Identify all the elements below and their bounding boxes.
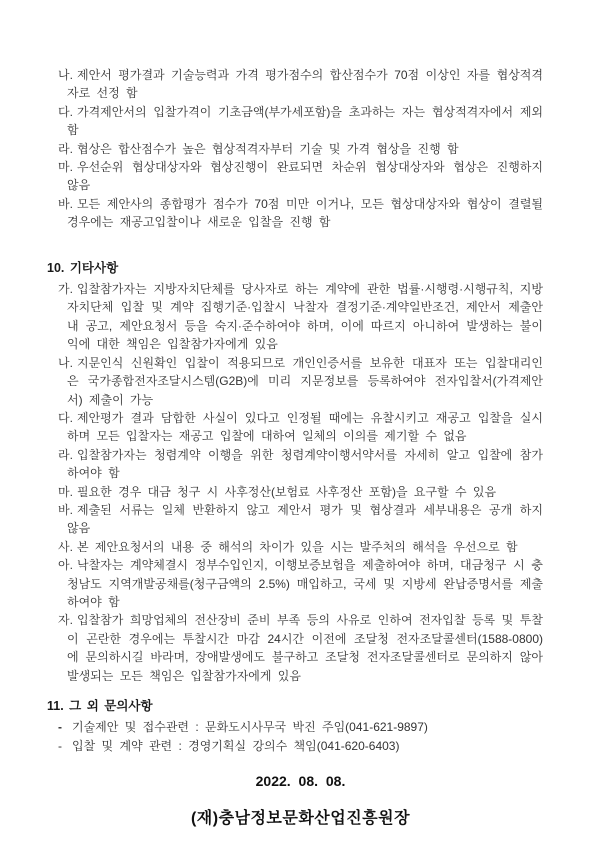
list-item: 나. 제안서 평가결과 기술능력과 가격 평가점수의 합산점수가 70점 이상인… [58, 66, 543, 103]
list-item: 사. 본 제안요청서의 내용 중 해석의 차이가 있을 시는 발주처의 해석을 … [58, 538, 543, 556]
contact-text: 입찰 및 계약 관련 : 경영기획실 강의수 책임(041-620-6403) [72, 739, 399, 753]
item-marker: 나. [58, 66, 73, 84]
list-item: 바. 모든 제안사의 종합평가 점수가 70점 미만 이거나, 모든 협상대상자… [58, 195, 543, 232]
list-item: 다. 제안평가 결과 담합한 사실이 있다고 인정될 때에는 유찰시키고 재공고… [58, 409, 543, 446]
item-marker: 라. [58, 140, 73, 158]
item-text: 본 제안요청서의 내용 중 해석의 차이가 있을 시는 발주처의 해석을 우선으… [77, 540, 518, 554]
item-marker: 바. [58, 195, 73, 213]
item-marker: 마. [58, 158, 73, 176]
list-item: 마. 우선순위 협상대상자와 협상진행이 완료되면 차순위 협상대상자와 협상은… [58, 158, 543, 195]
issuer-signature: (재)충남정보문화산업진흥원장 [58, 809, 543, 829]
list-item: 아. 낙찰자는 계약체결시 정부수입인지, 이행보증보험을 제출하여야 하며, … [58, 556, 543, 611]
contact-item: - 입찰 및 계약 관련 : 경영기획실 강의수 책임(041-620-6403… [58, 737, 543, 755]
item-marker: 다. [58, 409, 73, 427]
item-text: 필요한 경우 대금 청구 시 사후정산(보험료 사후정산 포함)을 요구할 수 … [77, 485, 496, 499]
item-marker: 아. [58, 556, 73, 574]
document-date: 2022. 08. 08. [58, 772, 543, 790]
list-item: 바. 제출된 서류는 일체 반환하지 않고 제안서 평가 및 협상결과 세부내용… [58, 501, 543, 538]
list-item: 나. 지문인식 신원확인 입찰이 적용되므로 개인인증서를 보유한 대표자 또는… [58, 354, 543, 409]
list-item: 가. 입찰참가자는 지방자치단체를 당사자로 하는 계약에 관한 법률·시행령·… [58, 280, 543, 354]
item-text: 가격제안서의 입찰가격이 기초금액(부가세포함)을 초과하는 자는 협상적격자에… [67, 105, 543, 137]
list-item: 다. 가격제안서의 입찰가격이 기초금액(부가세포함)을 초과하는 자는 협상적… [58, 103, 543, 140]
item-text: 협상은 합산점수가 높은 협상적격자부터 기술 및 가격 협상을 진행 함 [77, 142, 459, 156]
item-text: 제안평가 결과 담합한 사실이 있다고 인정될 때에는 유찰시키고 재공고 입찰… [67, 411, 543, 443]
item-marker: 자. [58, 611, 73, 629]
document-page: 나. 제안서 평가결과 기술능력과 가격 평가점수의 합산점수가 70점 이상인… [0, 0, 595, 841]
section-11-item-block: - 기술제안 및 접수관련 : 문화도시사무국 박진 주임(041-621-98… [58, 718, 543, 755]
list-item: 라. 협상은 합산점수가 높은 협상적격자부터 기술 및 가격 협상을 진행 함 [58, 140, 543, 158]
item-text: 우선순위 협상대상자와 협상진행이 완료되면 차순위 협상대상자와 협상은 진행… [67, 160, 543, 192]
dash-marker: - [58, 737, 62, 755]
item-marker: 라. [58, 446, 73, 464]
list-item: 자. 입찰참가 희망업체의 전산장비 준비 부족 등의 사유로 인하여 전자입찰… [58, 611, 543, 685]
item-marker: 가. [58, 280, 73, 298]
item-text: 입찰참가 희망업체의 전산장비 준비 부족 등의 사유로 인하여 전자입찰 등록… [67, 613, 543, 682]
item-marker: 바. [58, 501, 73, 519]
contact-item: - 기술제안 및 접수관련 : 문화도시사무국 박진 주임(041-621-98… [58, 718, 543, 736]
top-item-block: 나. 제안서 평가결과 기술능력과 가격 평가점수의 합산점수가 70점 이상인… [58, 66, 543, 232]
dash-marker: - [58, 718, 62, 736]
section-10-heading: 10. 기타사항 [47, 259, 543, 277]
list-item: 라. 입찰참가자는 청렴계약 이행을 위한 청렴계약이행서약서를 자세히 알고 … [58, 446, 543, 483]
item-text: 제안서 평가결과 기술능력과 가격 평가점수의 합산점수가 70점 이상인 자를… [67, 68, 543, 100]
item-text: 입찰참가자는 청렴계약 이행을 위한 청렴계약이행서약서를 자세히 알고 입찰에… [67, 448, 543, 480]
contact-text: 기술제안 및 접수관련 : 문화도시사무국 박진 주임(041-621-9897… [72, 720, 428, 734]
item-marker: 나. [58, 354, 73, 372]
section-10-item-block: 가. 입찰참가자는 지방자치단체를 당사자로 하는 계약에 관한 법률·시행령·… [58, 280, 543, 685]
item-text: 낙찰자는 계약체결시 정부수입인지, 이행보증보험을 제출하여야 하며, 대금청… [67, 558, 543, 609]
item-marker: 마. [58, 483, 73, 501]
list-item: 마. 필요한 경우 대금 청구 시 사후정산(보험료 사후정산 포함)을 요구할… [58, 483, 543, 501]
item-marker: 다. [58, 103, 73, 121]
item-marker: 사. [58, 538, 73, 556]
section-11-heading: 11. 그 외 문의사항 [47, 697, 543, 715]
item-text: 모든 제안사의 종합평가 점수가 70점 미만 이거나, 모든 협상대상자와 협… [67, 197, 543, 229]
item-text: 지문인식 신원확인 입찰이 적용되므로 개인인증서를 보유한 대표자 또는 입찰… [67, 356, 543, 407]
item-text: 입찰참가자는 지방자치단체를 당사자로 하는 계약에 관한 법률·시행령·시행규… [67, 282, 543, 351]
item-text: 제출된 서류는 일체 반환하지 않고 제안서 평가 및 협상결과 세부내용은 공… [67, 503, 543, 535]
